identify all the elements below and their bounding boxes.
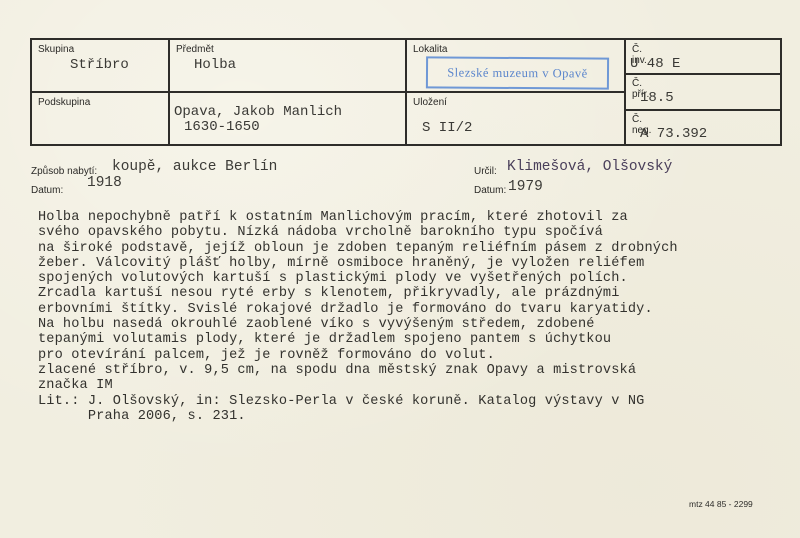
description-line: žeber. Válcovitý plášť holby, mírně osmi… xyxy=(38,256,798,271)
urcil-label: Určil: xyxy=(474,166,497,177)
museum-stamp: Slezské muzeum v Opavě xyxy=(426,56,609,89)
description-line: na široké podstavě, jejíž obloun je zdob… xyxy=(38,241,798,256)
datum-nabyti-label: Datum: xyxy=(31,185,63,196)
c-prir-value: 18.5 xyxy=(640,90,674,106)
datum-urceni-label: Datum: xyxy=(474,185,506,196)
description-line: pro otevírání palcem, jež je rovněž form… xyxy=(38,348,798,363)
c-inv-value: U 48 E xyxy=(630,56,680,72)
catalog-header-grid: Skupina Stříbro Předmět Holba Lokalita S… xyxy=(30,38,782,146)
print-code: mtz 44 85 - 2299 xyxy=(689,499,753,509)
autor-value: Opava, Jakob Manlich xyxy=(174,104,342,120)
description-line: tepanými volutamis plody, které je držad… xyxy=(38,332,798,347)
grid-divider xyxy=(626,73,780,75)
description-line: svého opavského pobytu. Nízká nádoba vrc… xyxy=(38,225,798,240)
description-line: Na holbu nasedá okrouhlé zaoblené víko s… xyxy=(38,317,798,332)
ulozeni-label: Uložení xyxy=(413,97,447,108)
lokalita-label: Lokalita xyxy=(413,44,447,55)
datum-nabyti-value: 1918 xyxy=(87,175,122,191)
skupina-label: Skupina xyxy=(38,44,74,55)
literature-line: Praha 2006, s. 231. xyxy=(38,409,798,424)
predmet-value: Holba xyxy=(194,57,236,73)
grid-divider xyxy=(624,40,626,144)
description-line: erbovními štítky. Svislé rokajové držadl… xyxy=(38,302,798,317)
grid-divider xyxy=(626,109,780,111)
description-line: zlacené stříbro, v. 9,5 cm, na spodu dna… xyxy=(38,363,798,378)
description-line: spojených volutových kartuší s plastický… xyxy=(38,271,798,286)
predmet-label: Předmět xyxy=(176,44,214,55)
description-line: značka IM xyxy=(38,378,798,393)
zpusob-nabyti-value: koupě, aukce Berlín xyxy=(112,159,277,175)
description-line: Holba nepochybně patří k ostatním Manlic… xyxy=(38,210,798,225)
grid-divider xyxy=(32,91,624,93)
urcil-value: Klimešová, Olšovský xyxy=(507,159,672,175)
literature-line: Lit.: J. Olšovský, in: Slezsko-Perla v č… xyxy=(38,394,798,409)
description-line: Zrcadla kartuší nesou ryté erby s klenot… xyxy=(38,286,798,301)
datace-value: 1630-1650 xyxy=(184,119,260,135)
datum-urceni-value: 1979 xyxy=(508,179,543,195)
ulozeni-value: S II/2 xyxy=(422,120,472,136)
c-neg-value: A 73.392 xyxy=(640,126,707,142)
object-description: Holba nepochybně patří k ostatním Manlic… xyxy=(38,210,798,424)
skupina-value: Stříbro xyxy=(70,57,129,73)
podskupina-label: Podskupina xyxy=(38,97,90,108)
museum-stamp-text: Slezské muzeum v Opavě xyxy=(447,65,588,81)
